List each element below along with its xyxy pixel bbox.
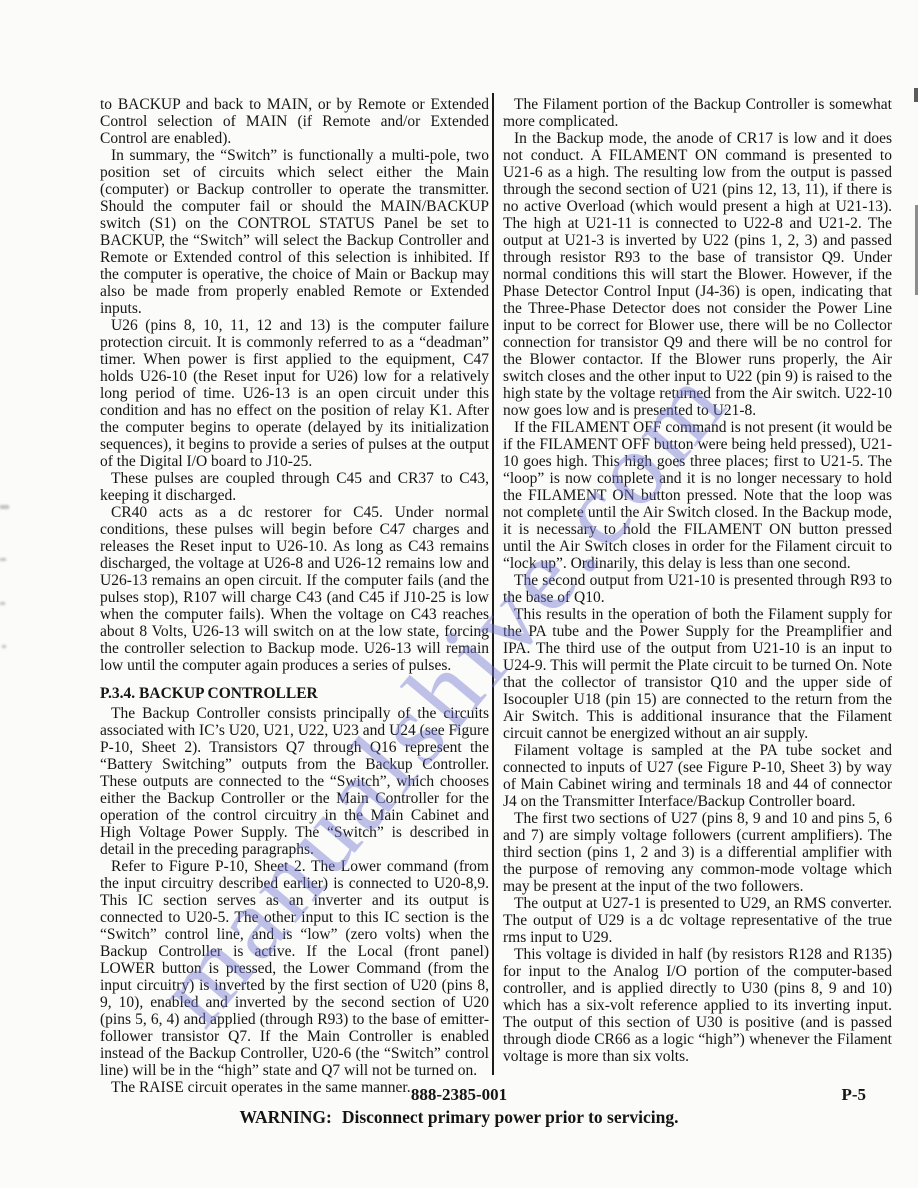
paragraph: These pulses are coupled through C45 and… — [100, 470, 489, 504]
footer-warning-label: WARNING: — [239, 1107, 331, 1127]
column-divider — [492, 93, 494, 1075]
paragraph: In summary, the “Switch” is functionally… — [100, 147, 489, 317]
paragraph: CR40 acts as a dc restorer for C45. Unde… — [100, 504, 489, 674]
scan-artifact — [2, 645, 6, 648]
scan-artifact — [0, 505, 9, 509]
manual-page: manualshive.com to BACKUP and back to MA… — [0, 0, 918, 1188]
paragraph: The Backup Controller consists principal… — [100, 705, 489, 858]
right-column: The Filament portion of the Backup Contr… — [503, 96, 892, 1065]
footer-warning-text: Disconnect primary power prior to servic… — [342, 1107, 679, 1127]
paragraph: In the Backup mode, the anode of CR17 is… — [503, 130, 892, 419]
left-column: to BACKUP and back to MAIN, or by Remote… — [100, 96, 489, 1096]
footer-doc-number: 888-2385-001 — [0, 1085, 918, 1105]
paragraph: The second output from U21-10 is present… — [503, 572, 892, 606]
scan-artifact — [914, 88, 918, 102]
section-heading: P.3.4. BACKUP CONTROLLER — [100, 685, 489, 702]
scan-artifact — [0, 602, 5, 605]
paragraph: U26 (pins 8, 10, 11, 12 and 13) is the c… — [100, 317, 489, 470]
paragraph: The Filament portion of the Backup Contr… — [503, 96, 892, 130]
paragraph: Filament voltage is sampled at the PA tu… — [503, 742, 892, 810]
paragraph: If the FILAMENT OFF command is not prese… — [503, 419, 892, 572]
paragraph: This voltage is divided in half (by resi… — [503, 946, 892, 1065]
paragraph: to BACKUP and back to MAIN, or by Remote… — [100, 96, 489, 147]
paragraph: The output at U27-1 is presented to U29,… — [503, 895, 892, 946]
paragraph: This results in the operation of both th… — [503, 606, 892, 742]
footer-page-number: P-5 — [841, 1085, 866, 1105]
footer-warning: WARNING:Disconnect primary power prior t… — [0, 1107, 918, 1128]
paragraph: Refer to Figure P-10, Sheet 2. The Lower… — [100, 858, 489, 1079]
paragraph: The first two sections of U27 (pins 8, 9… — [503, 810, 892, 895]
scan-artifact — [0, 558, 6, 561]
